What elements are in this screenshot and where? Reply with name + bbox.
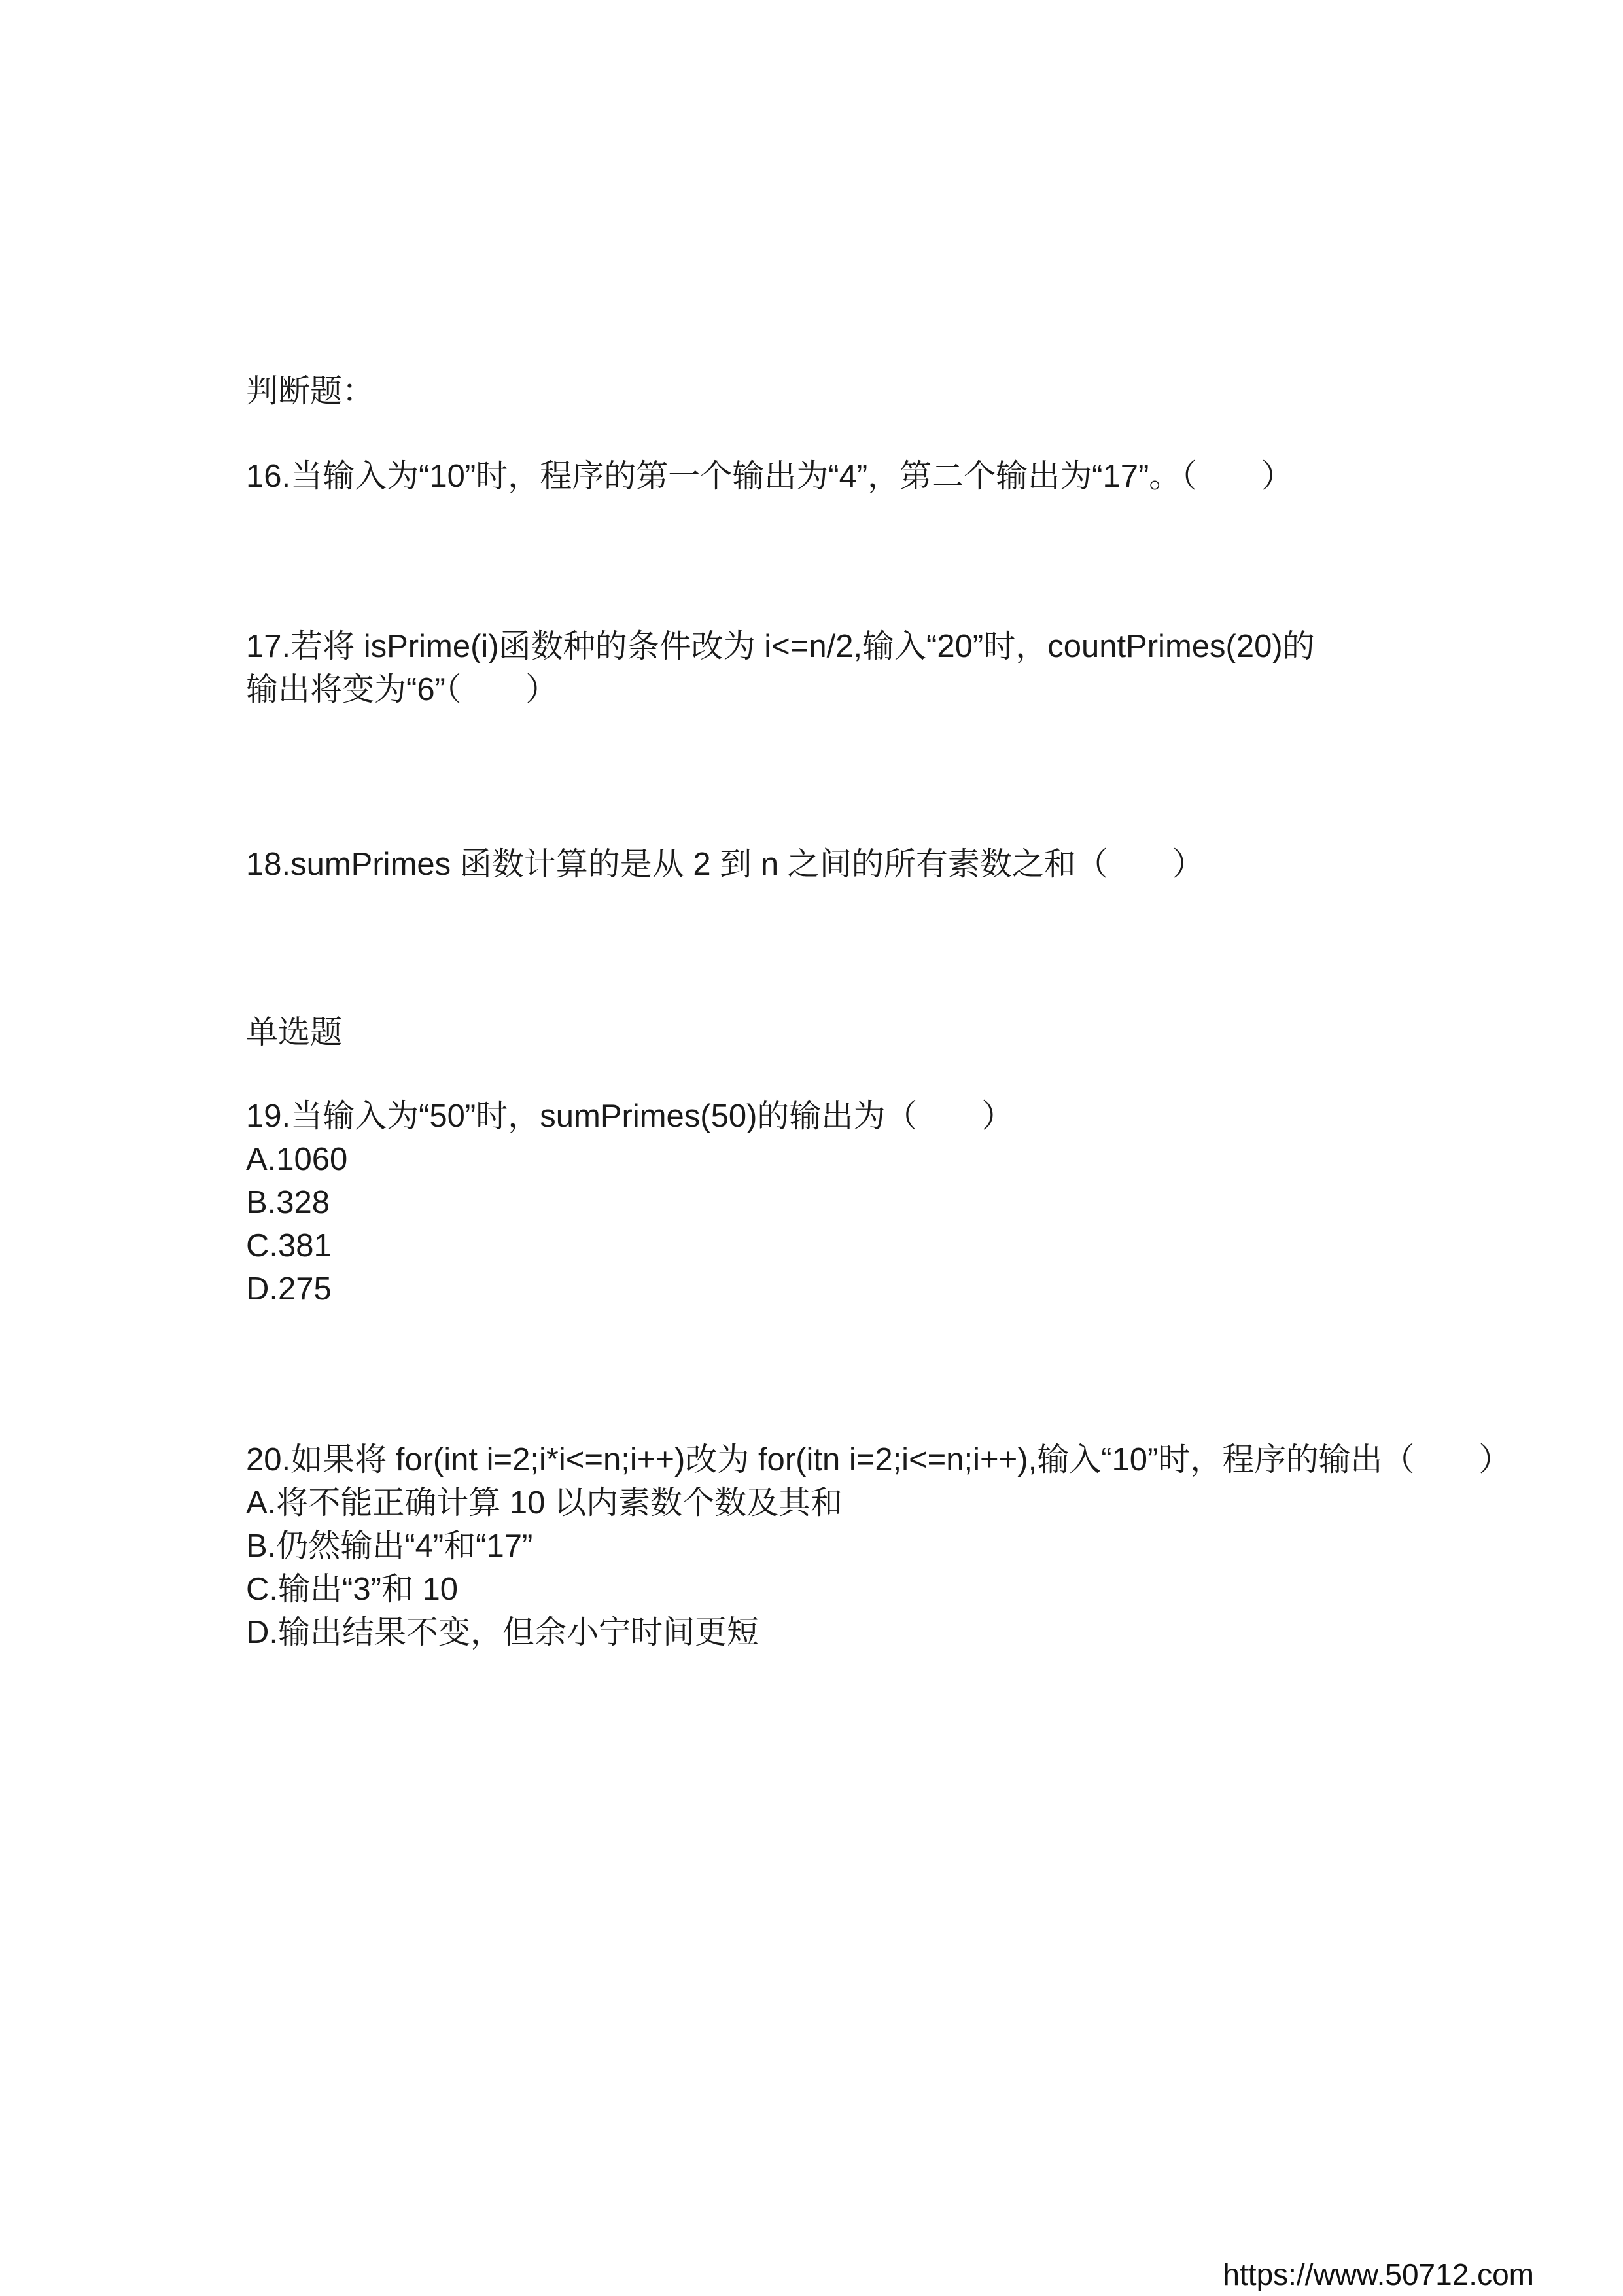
question-17-stem: 17.若将 isPrime(i)函数种的条件改为 i<=n/2,输入“20”时，…: [246, 625, 1541, 711]
footer-url: https://www.50712.com: [1223, 2255, 1534, 2294]
question-20-stem: 20.如果将 for(int i=2;i*i<=n;i++)改为 for(itn…: [246, 1438, 1554, 1481]
question-19-option-a: A.1060: [246, 1138, 1554, 1181]
question-20-option-d: D.输出结果不变，但余小宁时间更短: [246, 1611, 1554, 1654]
question-20-option-c: C.输出“3”和 10: [246, 1568, 1554, 1611]
question-19-option-d: D.275: [246, 1267, 1554, 1311]
question-19-option-b: B.328: [246, 1181, 1554, 1224]
section-heading-single-choice: 单选题: [246, 1011, 1541, 1054]
question-16-stem: 16.当输入为“10”时，程序的第一个输出为“4”，第二个输出为“17”。（ ）: [246, 455, 1541, 498]
question-20-option-a: A.将不能正确计算 10 以内素数个数及其和: [246, 1481, 1554, 1525]
question-20: 20.如果将 for(int i=2;i*i<=n;i++)改为 for(itn…: [246, 1438, 1554, 1654]
question-18-stem: 18.sumPrimes 函数计算的是从 2 到 n 之间的所有素数之和（ ）: [246, 843, 1541, 886]
exam-document-page: 判断题： 16.当输入为“10”时，程序的第一个输出为“4”，第二个输出为“17…: [0, 0, 1623, 2296]
question-19: 19.当输入为“50”时，sumPrimes(50)的输出为（ ） A.1060…: [246, 1095, 1554, 1311]
question-19-option-c: C.381: [246, 1224, 1554, 1267]
section-heading-true-false: 判断题：: [246, 370, 1541, 413]
question-19-stem: 19.当输入为“50”时，sumPrimes(50)的输出为（ ）: [246, 1095, 1554, 1138]
question-20-option-b: B.仍然输出“4”和“17”: [246, 1525, 1554, 1568]
